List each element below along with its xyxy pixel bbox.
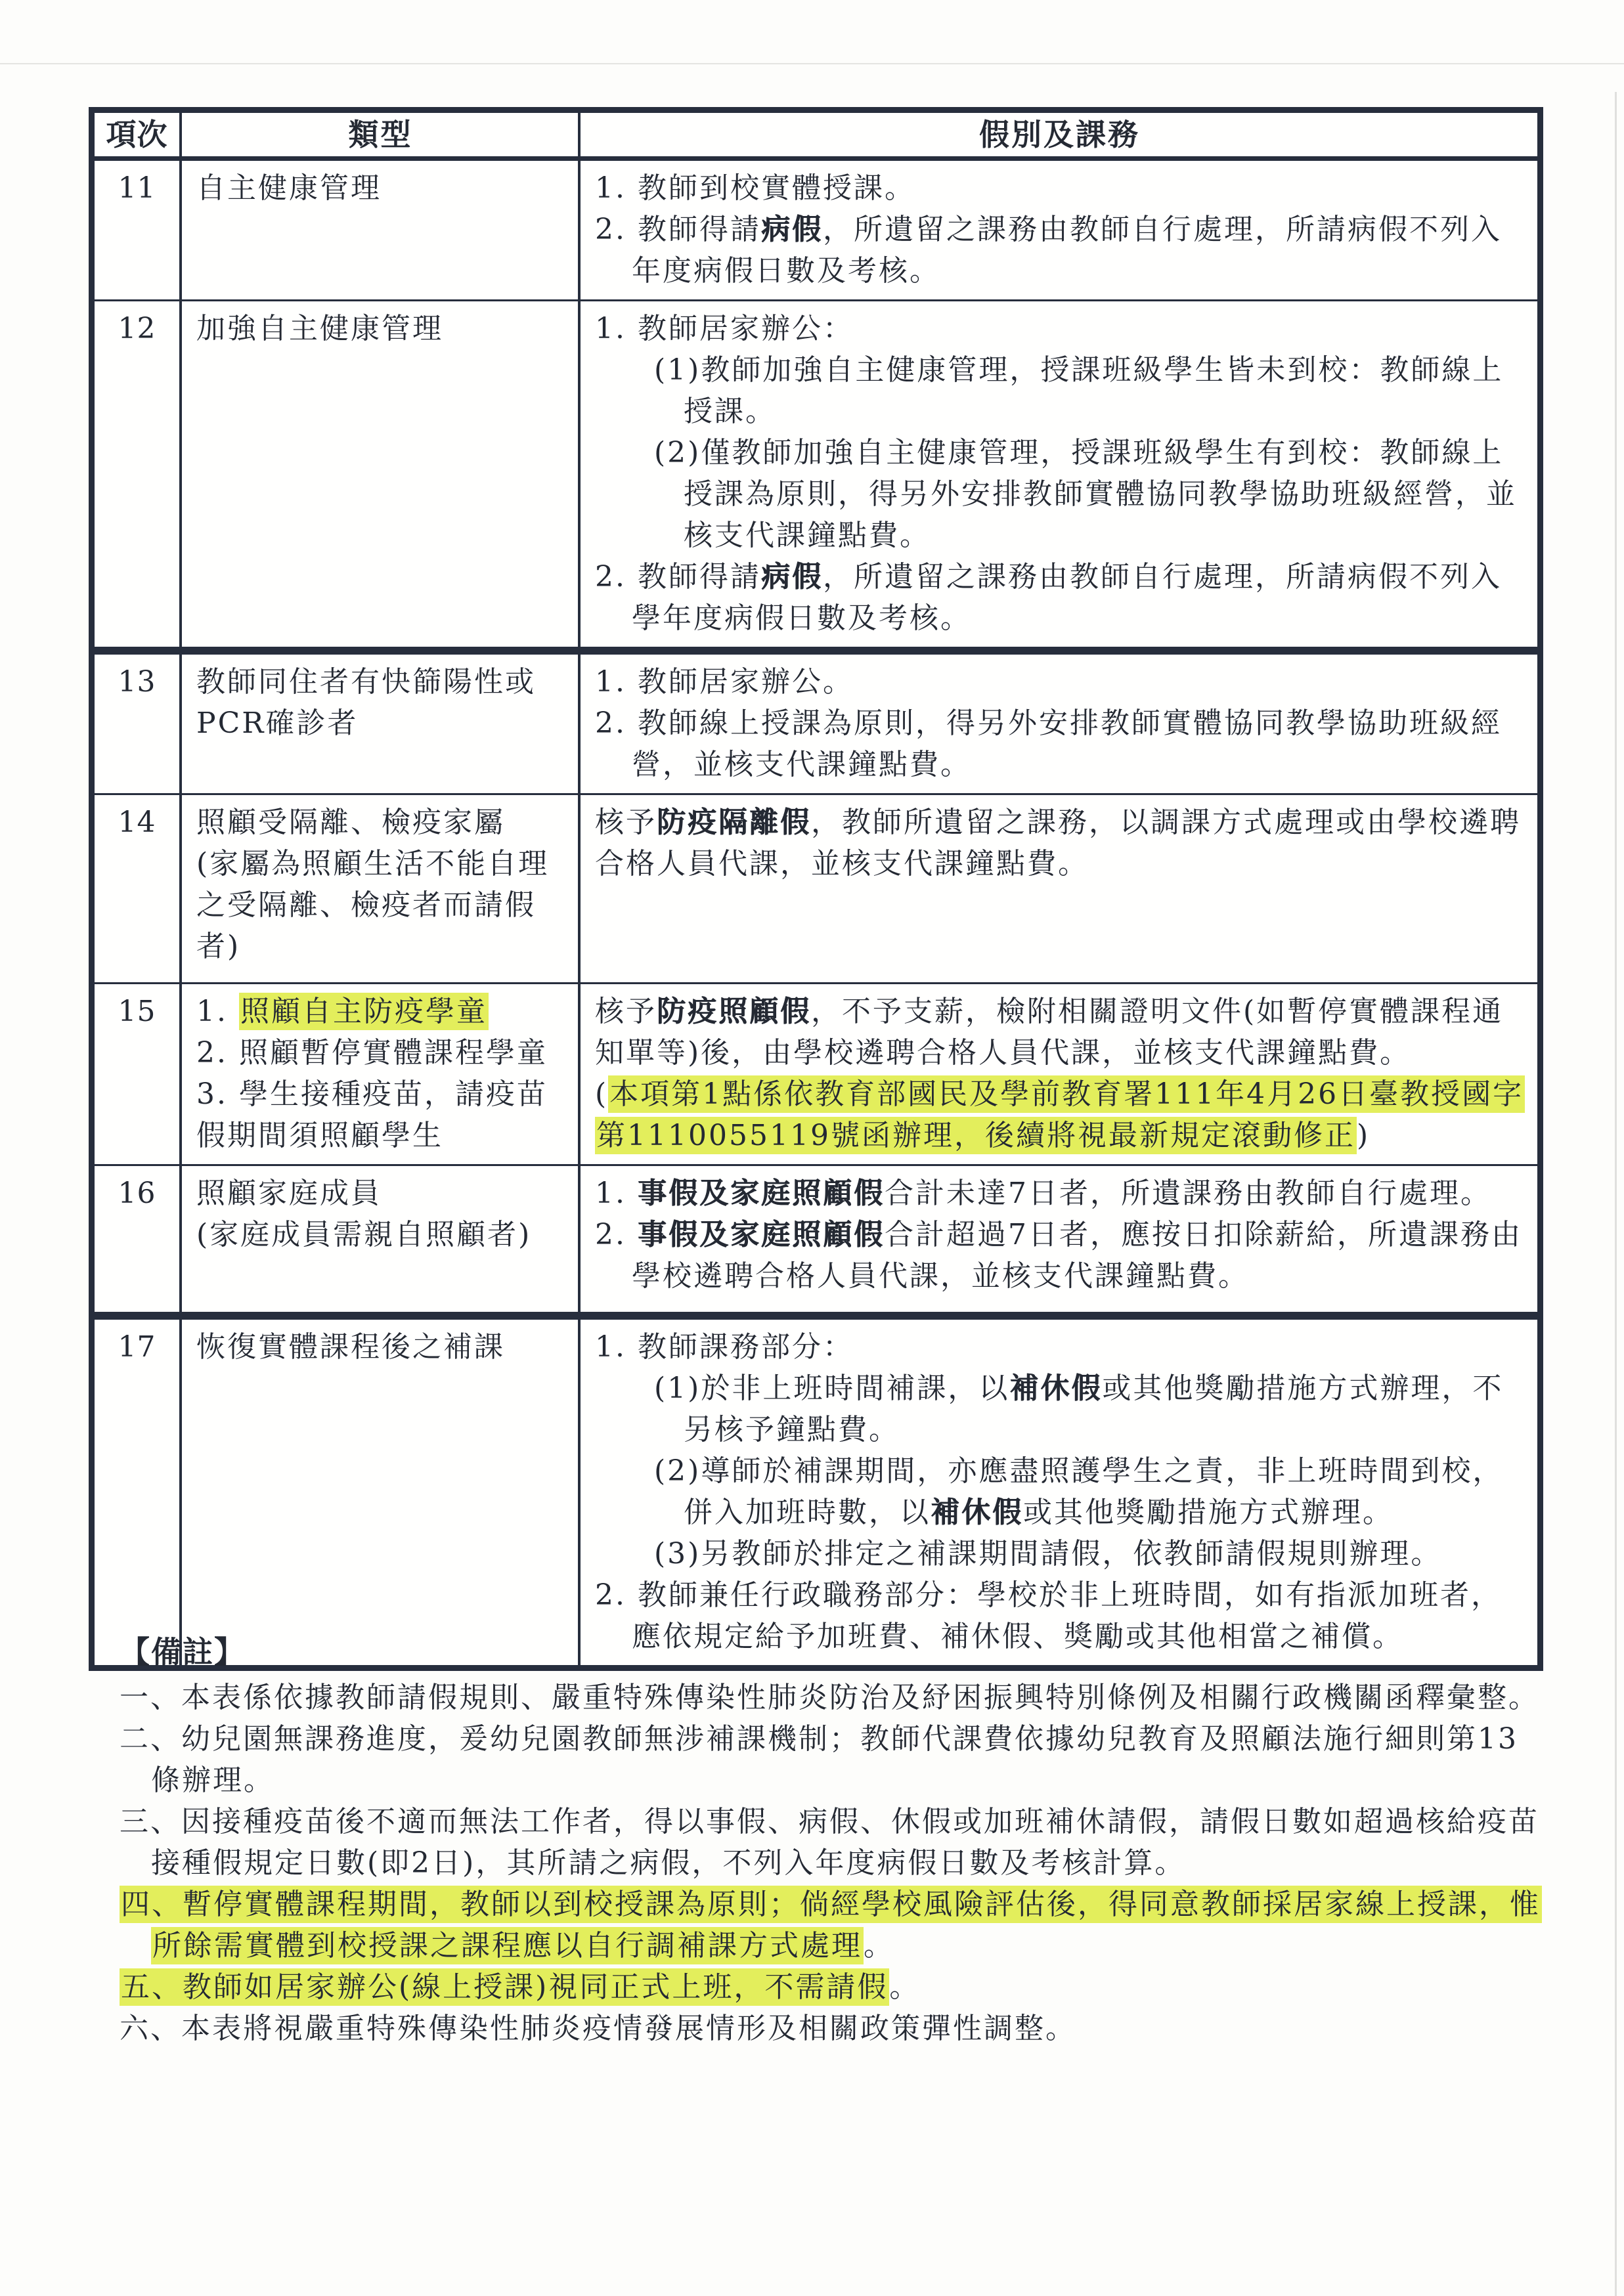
cell-duty: 1. 教師到校實體授課。2. 教師得請病假，所遺留之課務由教師自行處理，所請病假… [581,161,1537,299]
type-line: 3. 學生接種疫苗，請疫苗假期間須照顧學生 [196,1073,565,1156]
cell-type: 恢復實體課程後之補課 [182,1320,581,1665]
cell-type: 1. 照顧自主防疫學童2. 照顧暫停實體課程學童3. 學生接種疫苗，請疫苗假期間… [182,984,581,1164]
duty-line: 1. 教師居家辦公： [595,308,1524,349]
cell-type: 自主健康管理 [182,161,581,299]
duty-line: 核予防疫隔離假，教師所遺留之課務，以調課方式處理或由學校遴聘合格人員代課，並核支… [595,802,1524,884]
cell-type: 照顧受隔離、檢疫家屬(家屬為照顧生活不能自理之受隔離、檢疫者而請假者) [182,795,581,982]
notes-list: 一、本表係依據教師請假規則、嚴重特殊傳染性肺炎防治及紓困振興特別條例及相關行政機… [120,1677,1548,2049]
type-line: 2. 照顧暫停實體課程學童 [196,1032,565,1073]
table-row: 11自主健康管理1. 教師到校實體授課。2. 教師得請病假，所遺留之課務由教師自… [95,161,1537,301]
duty-line: 1. 教師到校實體授課。 [595,167,1524,209]
type-line: 照顧家庭成員 [196,1173,565,1214]
cell-item-no: 11 [95,161,182,299]
cell-item-no: 16 [95,1166,182,1312]
table-row: 17恢復實體課程後之補課1. 教師課務部分：(1)於非上班時間補課，以補休假或其… [95,1320,1537,1665]
notes-section: 【備註】 一、本表係依據教師請假規則、嚴重特殊傳染性肺炎防治及紓困振興特別條例及… [120,1632,1548,2049]
table-row: 12加強自主健康管理1. 教師居家辦公：(1)教師加強自主健康管理，授課班級學生… [95,301,1537,655]
cell-item-no: 12 [95,301,182,647]
duty-line: (1)教師加強自主健康管理，授課班級學生皆未到校：教師線上授課。 [654,349,1524,432]
duty-line: (2)僅教師加強自主健康管理，授課班級學生有到校：教師線上授課為原則，得另外安排… [654,432,1524,556]
duty-line: 2. 教師線上授課為原則，得另外安排教師實體協同教學協助班級經營，並核支代課鐘點… [595,703,1524,785]
table-row: 16照顧家庭成員(家庭成員需親自照顧者)1. 事假及家庭照顧假合計未達7日者，所… [95,1166,1537,1320]
duty-line: (2)導師於補課期間，亦應盡照護學生之責，非上班時間到校，併入加班時數，以補休假… [654,1450,1524,1533]
table-row: 13教師同住者有快篩陽性或PCR確診者1. 教師居家辦公。2. 教師線上授課為原… [95,655,1537,795]
header-item-no: 項次 [95,113,182,156]
cell-duty: 1. 事假及家庭照顧假合計未達7日者，所遺課務由教師自行處理。2. 事假及家庭照… [581,1166,1537,1312]
scanned-document-page: 項次 類型 假別及課務 11自主健康管理1. 教師到校實體授課。2. 教師得請病… [0,0,1624,2296]
cell-duty: 1. 教師課務部分：(1)於非上班時間補課，以補休假或其他獎勵措施方式辦理，不另… [581,1320,1537,1665]
type-line: 恢復實體課程後之補課 [196,1326,565,1368]
table-row: 14照顧受隔離、檢疫家屬(家屬為照顧生活不能自理之受隔離、檢疫者而請假者)核予防… [95,795,1537,984]
table-header-row: 項次 類型 假別及課務 [95,113,1537,161]
teacher-leave-policy-table: 項次 類型 假別及課務 11自主健康管理1. 教師到校實體授課。2. 教師得請病… [89,107,1543,1671]
note-item: 二、幼兒園無課務進度，爰幼兒園教師無涉補課機制；教師代課費依據幼兒教育及照顧法施… [120,1718,1548,1801]
note-item: 五、教師如居家辦公(線上授課)視同正式上班，不需請假。 [120,1966,1548,2008]
duty-line: 1. 教師課務部分： [595,1326,1524,1368]
cell-item-no: 13 [95,655,182,793]
scan-artifact-horizontal-line [0,63,1624,64]
duty-line: 1. 教師居家辦公。 [595,661,1524,703]
type-line: 加強自主健康管理 [196,308,565,349]
type-line: 自主健康管理 [196,167,565,209]
header-type: 類型 [182,113,581,156]
cell-type: 教師同住者有快篩陽性或PCR確診者 [182,655,581,793]
note-item: 一、本表係依據教師請假規則、嚴重特殊傳染性肺炎防治及紓困振興特別條例及相關行政機… [120,1677,1548,1718]
header-duty: 假別及課務 [581,113,1537,156]
duty-line: (1)於非上班時間補課，以補休假或其他獎勵措施方式辦理，不另核予鐘點費。 [654,1368,1524,1450]
notes-heading: 【備註】 [120,1632,1548,1673]
duty-line: 2. 教師得請病假，所遺留之課務由教師自行處理，所請病假不列入學年度病假日數及考… [595,556,1524,639]
cell-duty: 核予防疫照顧假，不予支薪，檢附相關證明文件(如暫停實體課程通知單等)後，由學校遴… [581,984,1537,1164]
note-item: 四、暫停實體課程期間，教師以到校授課為原則；倘經學校風險評估後，得同意教師採居家… [120,1884,1548,1966]
cell-duty: 1. 教師居家辦公。2. 教師線上授課為原則，得另外安排教師實體協同教學協助班級… [581,655,1537,793]
type-line: (家屬為照顧生活不能自理之受隔離、檢疫者而請假者) [196,843,565,967]
table-row: 151. 照顧自主防疫學童2. 照顧暫停實體課程學童3. 學生接種疫苗，請疫苗假… [95,984,1537,1166]
note-item: 三、因接種疫苗後不適而無法工作者，得以事假、病假、休假或加班補休請假，請假日數如… [120,1801,1548,1884]
cell-duty: 1. 教師居家辦公：(1)教師加強自主健康管理，授課班級學生皆未到校：教師線上授… [581,301,1537,647]
cell-item-no: 14 [95,795,182,982]
type-line: (家庭成員需親自照顧者) [196,1214,565,1255]
duty-line: 1. 事假及家庭照顧假合計未達7日者，所遺課務由教師自行處理。 [595,1173,1524,1214]
duty-line: 2. 事假及家庭照顧假合計超過7日者，應按日扣除薪給，所遺課務由學校遴聘合格人員… [595,1214,1524,1297]
cell-duty: 核予防疫隔離假，教師所遺留之課務，以調課方式處理或由學校遴聘合格人員代課，並核支… [581,795,1537,982]
cell-item-no: 17 [95,1320,182,1665]
note-item: 六、本表將視嚴重特殊傳染性肺炎疫情發展情形及相關政策彈性調整。 [120,2008,1548,2049]
type-line: 教師同住者有快篩陽性或PCR確診者 [196,661,565,744]
duty-line: (本項第1點係依教育部國民及學前教育署111年4月26日臺教授國字第111005… [595,1073,1524,1156]
duty-line: (3)另教師於排定之補課期間請假，依教師請假規則辦理。 [654,1533,1524,1574]
type-line: 照顧受隔離、檢疫家屬 [196,802,565,843]
scan-artifact-right-edge [1615,92,1617,2296]
cell-type: 加強自主健康管理 [182,301,581,647]
cell-type: 照顧家庭成員(家庭成員需親自照顧者) [182,1166,581,1312]
table-body: 11自主健康管理1. 教師到校實體授課。2. 教師得請病假，所遺留之課務由教師自… [95,161,1537,1665]
duty-line: 核予防疫照顧假，不予支薪，檢附相關證明文件(如暫停實體課程通知單等)後，由學校遴… [595,991,1524,1073]
duty-line: 2. 教師得請病假，所遺留之課務由教師自行處理，所請病假不列入年度病假日數及考核… [595,209,1524,292]
cell-item-no: 15 [95,984,182,1164]
type-line: 1. 照顧自主防疫學童 [196,991,565,1032]
